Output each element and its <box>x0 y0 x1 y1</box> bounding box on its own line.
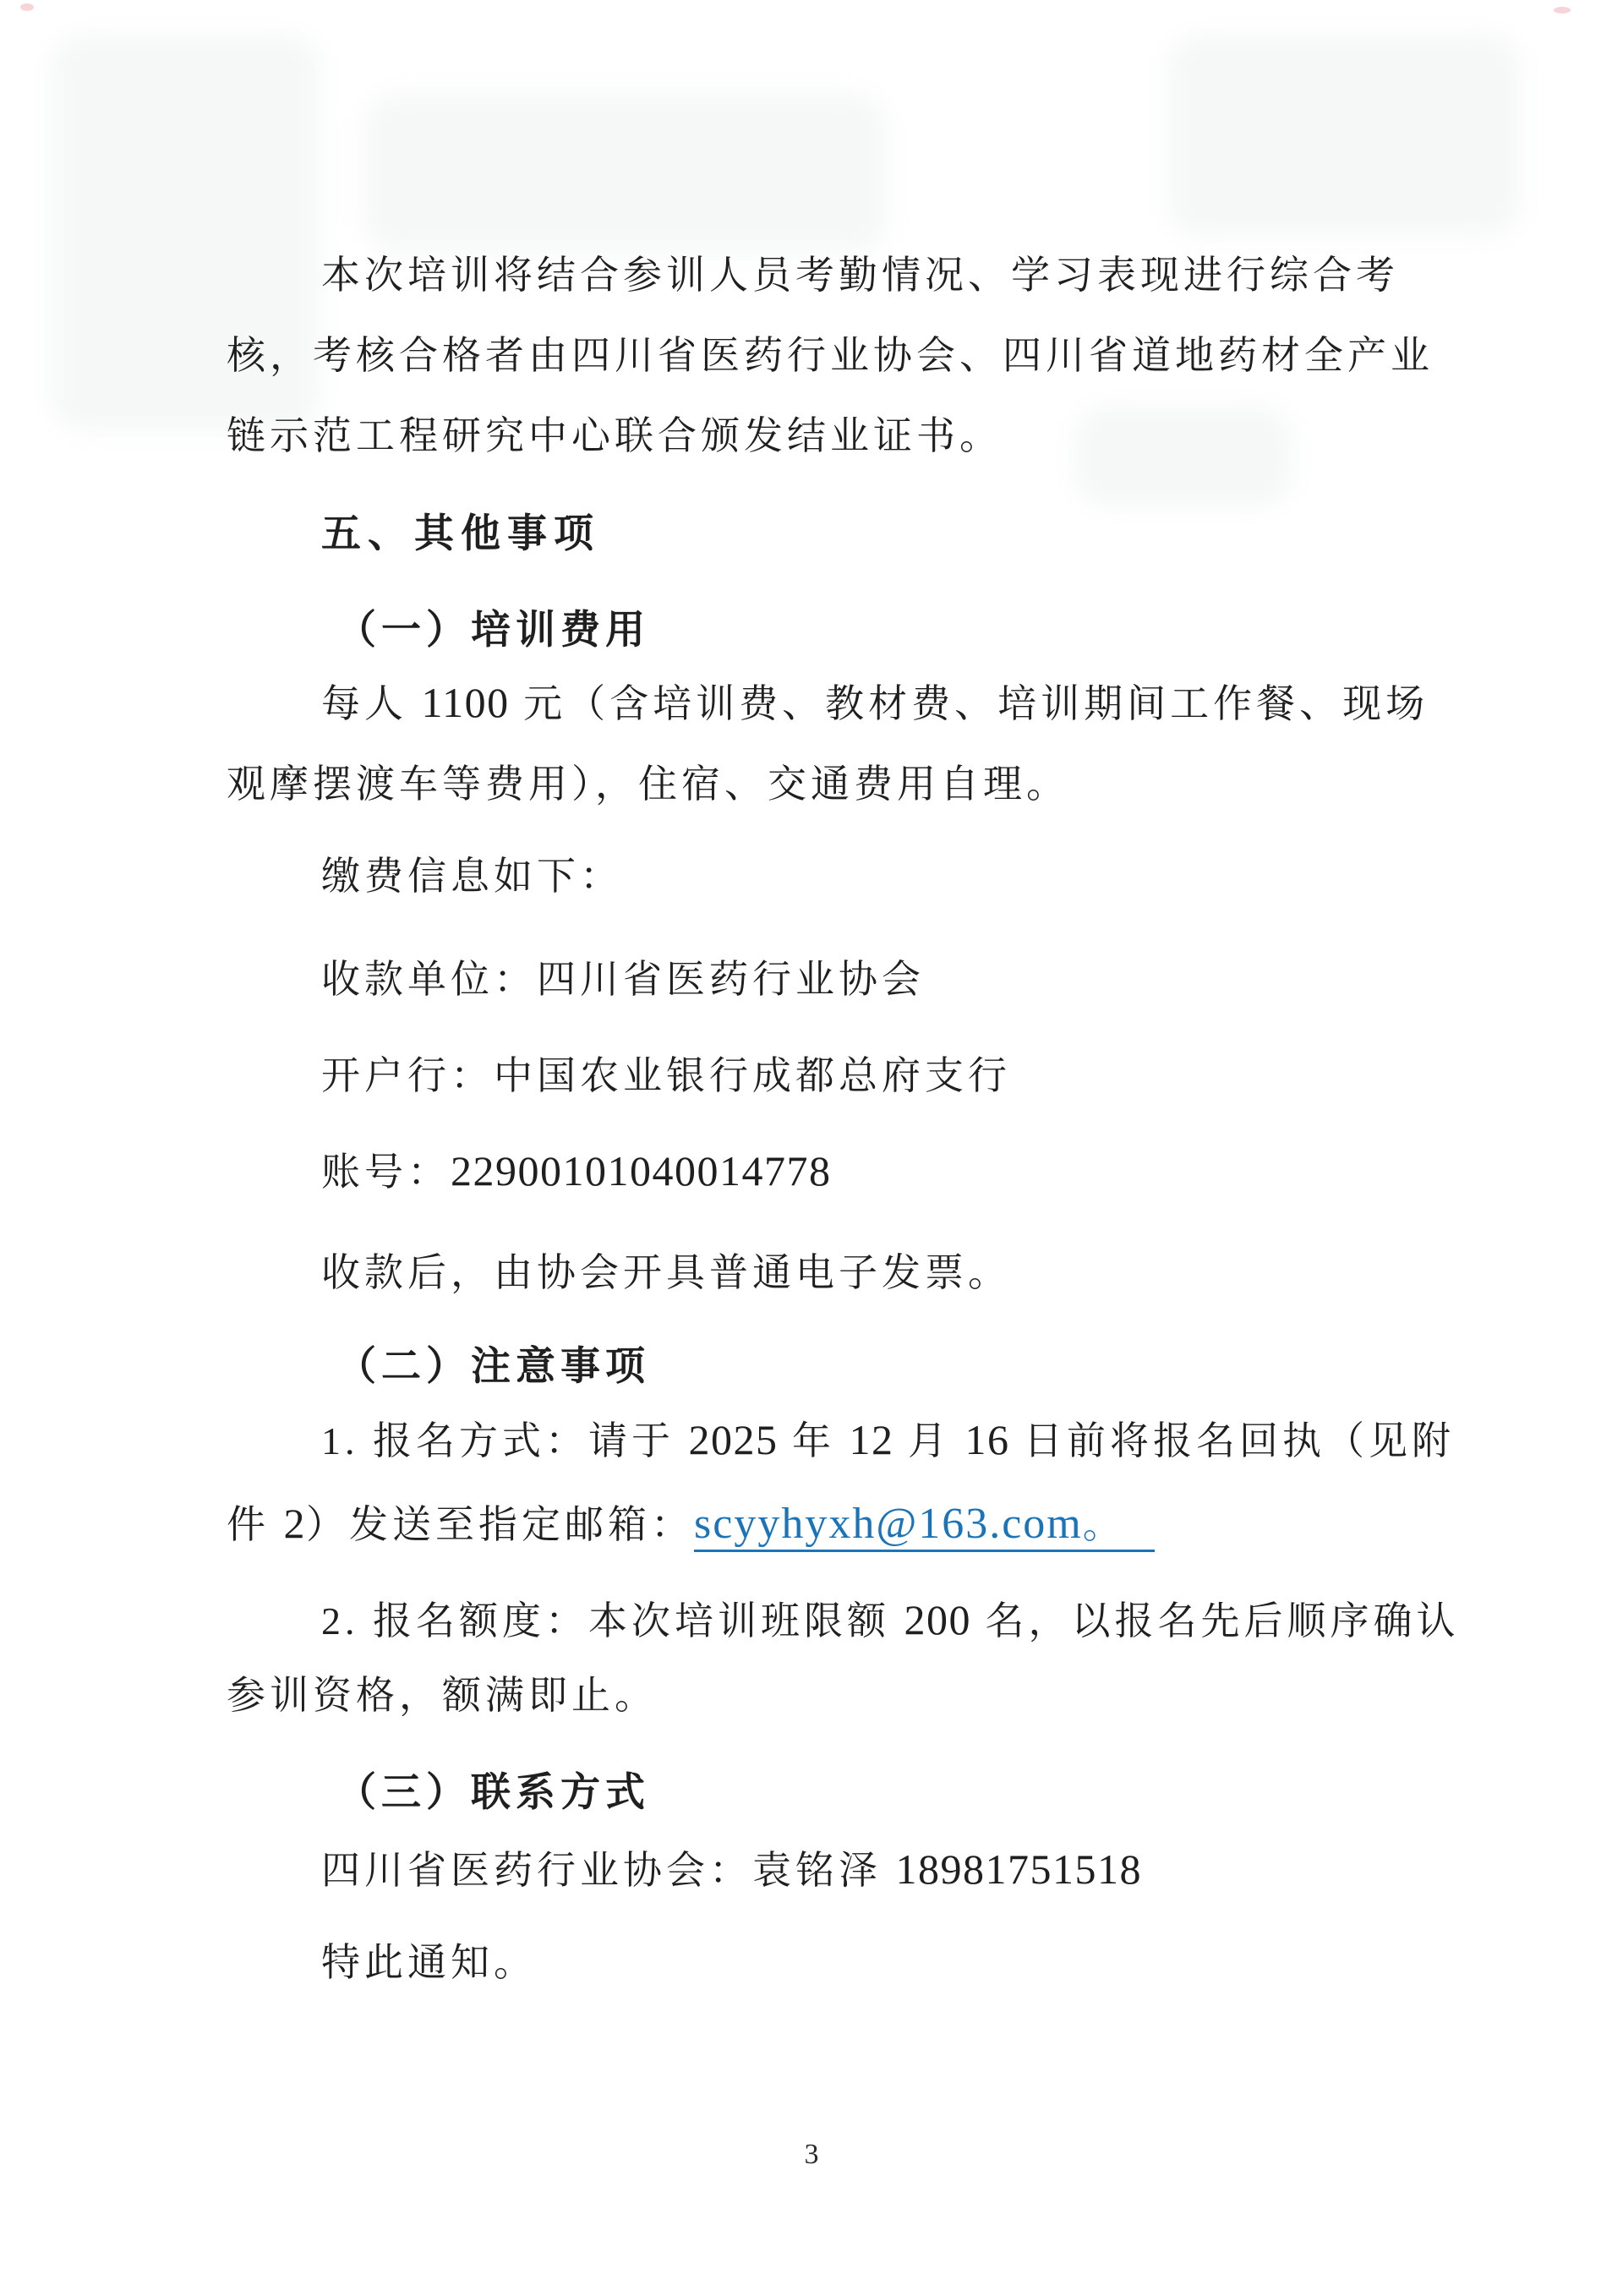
invoice-line: 收款后，由协会开具普通电子发票。 <box>321 1249 1011 1298</box>
quota-text-post: 名，以报名先后顺序确认 <box>971 1599 1460 1643</box>
document-page: 本次培训将结合参训人员考勤情况、学习表现进行综合考 核，考核合格者由四川省医药行… <box>0 0 1623 2296</box>
reg-month: 12 <box>850 1416 894 1463</box>
quota-line2: 参训资格，额满即止。 <box>227 1671 658 1720</box>
quota-text-pre: 2. 报名额度：本次培训班限额 <box>321 1599 904 1643</box>
scan-bleedthrough-smudge <box>1074 406 1293 507</box>
reg-year: 2025 <box>689 1416 779 1463</box>
email-link[interactable]: scyyhyxh@163.com。 <box>694 1503 1155 1552</box>
paragraph-certificate-line3: 链示范工程研究中心联合颁发结业证书。 <box>227 412 1003 461</box>
reg-text-m2: 月 <box>894 1419 965 1462</box>
page-number: 3 <box>0 2139 1623 2171</box>
section5-heading: 五、其他事项 <box>321 509 600 559</box>
payment-info-intro: 缴费信息如下： <box>321 852 623 901</box>
fee-text-pre: 每人 <box>321 682 422 725</box>
account-line: 账号：22900101040014778 <box>321 1145 832 1198</box>
reg-day: 16 <box>965 1416 1010 1463</box>
scan-red-speck <box>1554 7 1571 14</box>
scan-bleedthrough-smudge <box>363 93 888 254</box>
paragraph-certificate-line1: 本次培训将结合参训人员考勤情况、学习表现进行综合考 <box>321 251 1399 300</box>
fee-line1: 每人 1100 元（含培训费、教材费、培训期间工作餐、现场 <box>321 676 1429 730</box>
account-number: 22900101040014778 <box>451 1147 832 1194</box>
bank-line: 开户行：中国农业银行成都总府支行 <box>321 1052 1011 1101</box>
email-period: 。 <box>1083 1503 1126 1546</box>
closing-line: 特此通知。 <box>321 1938 537 1987</box>
quota-number: 200 <box>904 1596 972 1643</box>
contact-line: 四川省医药行业协会：袁铭泽 18981751518 <box>321 1843 1142 1896</box>
subsection2-heading: （二）注意事项 <box>336 1342 650 1392</box>
subsection1-heading: （一）培训费用 <box>336 606 650 656</box>
contact-phone: 18981751518 <box>896 1845 1143 1893</box>
fee-amount: 1100 <box>422 679 510 726</box>
attachment-number: 2 <box>284 1500 307 1547</box>
paragraph-certificate-line2: 核，考核合格者由四川省医药行业协会、四川省道地药材全产业 <box>227 331 1434 380</box>
account-label: 账号： <box>321 1151 451 1194</box>
attachment-text-pre: 件 <box>227 1503 284 1546</box>
quota-line1: 2. 报名额度：本次培训班限额 200 名，以报名先后顺序确认 <box>321 1594 1460 1647</box>
reg-text-post: 日前将报名回执（见附 <box>1010 1419 1456 1462</box>
payee-line: 收款单位：四川省医药行业协会 <box>321 955 925 1004</box>
registration-method-line2: 件 2）发送至指定邮箱：scyyhyxh@163.com。 <box>227 1496 1155 1551</box>
subsection3-heading: （三）联系方式 <box>336 1768 650 1818</box>
fee-line2: 观摩摆渡车等费用），住宿、交通费用自理。 <box>227 760 1069 809</box>
email-address[interactable]: scyyhyxh@163.com <box>694 1500 1083 1548</box>
attachment-text-mid: ）发送至指定邮箱： <box>306 1503 694 1546</box>
scan-bleedthrough-smudge <box>1167 34 1522 237</box>
reg-text-pre: 1. 报名方式：请于 <box>321 1419 689 1462</box>
fee-text-post: 元（含培训费、教材费、培训期间工作餐、现场 <box>510 682 1429 725</box>
reg-text-m1: 年 <box>779 1419 850 1462</box>
registration-method-line1: 1. 报名方式：请于 2025 年 12 月 16 日前将报名回执（见附 <box>321 1413 1455 1467</box>
scan-red-speck <box>20 3 34 11</box>
contact-org-name: 四川省医药行业协会：袁铭泽 <box>321 1849 896 1892</box>
